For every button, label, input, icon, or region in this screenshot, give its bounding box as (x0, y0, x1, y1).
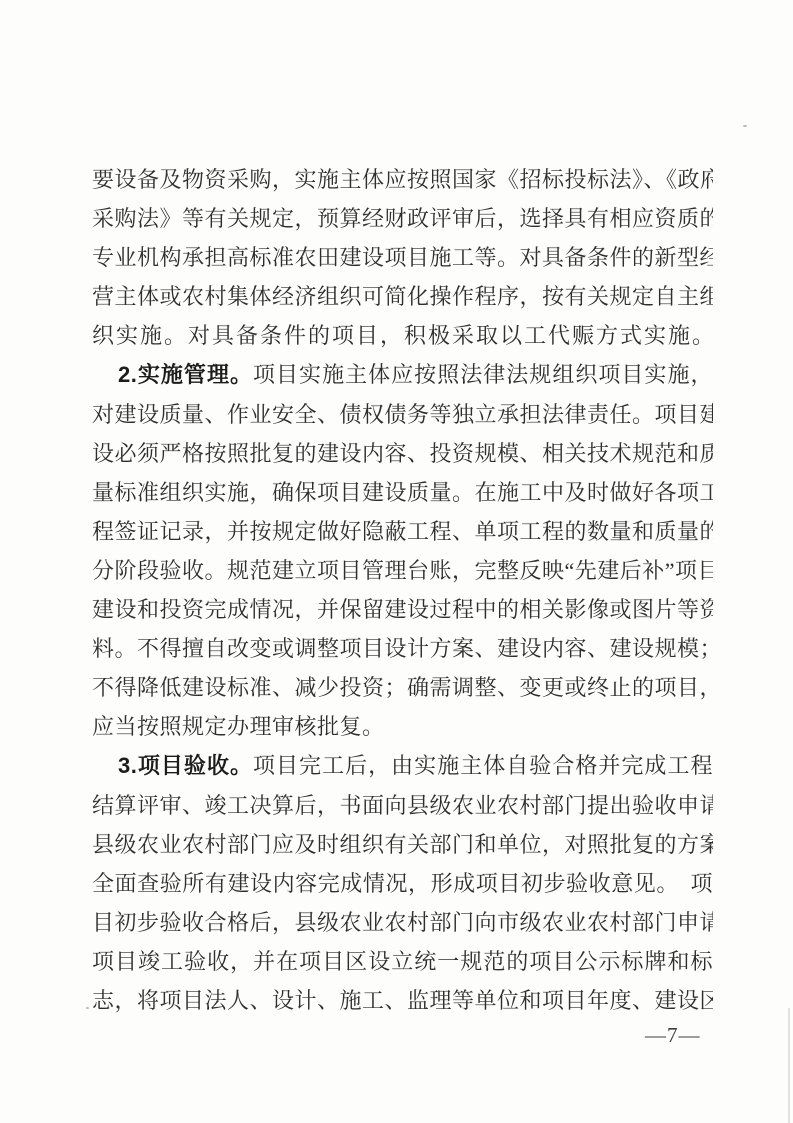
text-line: 设必须严格按照批复的建设内容、投资规模、相关技术规范和质 (92, 434, 713, 473)
text-line: 采购法》等有关规定，预算经财政评审后，选择具有相应资质的 (92, 199, 713, 238)
text-line: 志，将项目法人、设计、施工、监理等单位和项目年度、建设区 (92, 981, 713, 1020)
text-line: 分阶段验收。规范建立项目管理台账，完整反映“先建后补”项目 (92, 551, 713, 590)
text-line: 建设和投资完成情况，并保留建设过程中的相关影像或图片等资 (92, 590, 713, 629)
text-line: 目初步验收合格后，县级农业农村部门向市级农业农村部门申请 (92, 903, 713, 942)
scan-speck (86, 1007, 89, 1009)
document-page: 要设备及物资采购，实施主体应按照国家《招标投标法》、《政府 采购法》等有关规定，… (0, 0, 793, 1123)
text-block: 要设备及物资采购，实施主体应按照国家《招标投标法》、《政府 采购法》等有关规定，… (92, 160, 713, 1020)
text-line: 程签证记录，并按规定做好隐蔽工程、单项工程的数量和质量的 (92, 512, 713, 551)
page-number: —7— (645, 1023, 701, 1048)
section-2-lead-text: 项目实施主体应按照法律法规组织项目实施， (253, 362, 713, 387)
text-line: 营主体或农村集体经济组织可简化操作程序，按有关规定自主组 (92, 277, 713, 316)
text-line: 对建设质量、作业安全、债权债务等独立承担法律责任。项目建 (92, 395, 713, 434)
text-line: 不得降低建设标准、减少投资；确需调整、变更或终止的项目， (92, 668, 713, 707)
paragraph-implementation-management: 2.实施管理。项目实施主体应按照法律法规组织项目实施， 对建设质量、作业安全、债… (92, 355, 713, 746)
section-3-lead-text: 项目完工后，由实施主体自验合格并完成工程 (253, 753, 713, 778)
text-line: 专业机构承担高标准农田建设项目施工等。对具备条件的新型经 (92, 238, 713, 277)
text-line: 2.实施管理。项目实施主体应按照法律法规组织项目实施， (92, 355, 713, 394)
text-line: 织实施。对具备条件的项目，积极采取以工代赈方式实施。 (92, 316, 713, 355)
scan-edge-artifact (788, 1008, 790, 1123)
section-2-heading: 2.实施管理。 (118, 362, 253, 387)
paragraph-project-acceptance: 3.项目验收。项目完工后，由实施主体自验合格并完成工程 结算评审、竣工决算后，书… (92, 746, 713, 1020)
text-line: 应当按照规定办理审核批复。 (92, 707, 713, 746)
scan-speck (743, 125, 747, 127)
text-line: 县级农业农村部门应及时组织有关部门和单位，对照批复的方案 (92, 825, 713, 864)
text-line: 3.项目验收。项目完工后，由实施主体自验合格并完成工程 (92, 746, 713, 785)
text-line: 要设备及物资采购，实施主体应按照国家《招标投标法》、《政府 (92, 160, 713, 199)
section-3-heading: 3.项目验收。 (118, 753, 253, 778)
text-line: 量标准组织实施，确保项目建设质量。在施工中及时做好各项工 (92, 473, 713, 512)
text-line: 结算评审、竣工决算后，书面向县级农业农村部门提出验收申请， (92, 786, 713, 825)
paragraph-procurement: 要设备及物资采购，实施主体应按照国家《招标投标法》、《政府 采购法》等有关规定，… (92, 160, 713, 355)
text-line: 项目竣工验收，并在项目区设立统一规范的项目公示标牌和标 (92, 942, 713, 981)
text-line: 料。不得擅自改变或调整项目设计方案、建设内容、建设规模； (92, 629, 713, 668)
text-line: 全面查验所有建设内容完成情况，形成项目初步验收意见。 项 (92, 864, 713, 903)
